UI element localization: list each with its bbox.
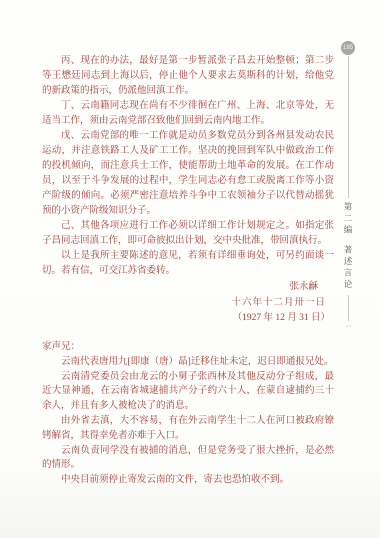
report-paragraph: 己、其他各项应进行工作必须以详细工作计划规定之。如指定张子昌同志回滇工作，即可命… (42, 219, 334, 249)
letter-paragraph: 云南代表唐用九[即康（唐）晶]迁移住址未定，迟日即通报兄处。 (42, 355, 334, 370)
report-paragraph: 丁、云南籍同志现在尚有不少徘徊在广州、上海、北京等处，无适当工作，须由云南党部召… (42, 99, 334, 129)
report-paragraph: 丙、现在的办法，最好是第一步暂派张子昌去开始整顿；第二步等王懋廷同志到上海以后，… (42, 54, 334, 99)
letter-paragraph: 云南清党委员会由龙云的小舅子张西林及其他反动分子组成，最近大显神通，在云南省城逮… (42, 370, 334, 414)
letter-body: 家声兄： 云南代表唐用九[即康（唐）晶]迁移住址未定，迟日即通报兄处。云南清党委… (42, 340, 334, 488)
letter-paragraph: 中央目前须停止寄发云南的文件，寄去也恐怕收不到。 (42, 473, 334, 488)
section-tab-part-label: 第二编 (342, 202, 354, 237)
report-paragraph: 戊、云南党部的唯一工作就是动员多数党员分到各州县发动农民运动，并注意铁路工人及矿… (42, 129, 334, 219)
book-page: 195 第二编 著述言论 ∶ 丙、现在的办法，最好是第一步暂派张子昌去开始整顿；… (0, 0, 380, 538)
tab-marker-dots: ∶ (344, 325, 352, 327)
report-body: 丙、现在的办法，最好是第一步暂派张子昌去开始整顿；第二步等王懋廷同志到上海以后，… (42, 54, 334, 279)
tab-rule-bottom (348, 295, 349, 321)
letter-paragraph: 由外省去滇，大不容易，有在外云南学生十二人在河口被政府镣铐解省，其得幸免者亦难于… (42, 414, 334, 444)
signature-date-western: （1927 年 12 月 31 日） (233, 311, 330, 327)
letter-paragraph: 云南负责同学没有被捕的消息，但是党务受了很大挫折，是必然的情形。 (42, 444, 334, 474)
section-tab-section-label: 著述言论 (342, 245, 354, 291)
tab-rule-top (348, 56, 349, 198)
margin-section-tab: 第二编 著述言论 ∶ (347, 56, 349, 326)
report-paragraph: 以上是我所主要陈述的意见，若须有详细垂询处，可另约面谈一切。若有信，可交江苏省委… (42, 249, 334, 279)
page-number-badge: 195 (341, 41, 355, 55)
letter-paragraphs: 云南代表唐用九[即康（唐）晶]迁移住址未定，迟日即通报兄处。云南清党委员会由龙云… (42, 355, 334, 488)
letter-salutation: 家声兄： (42, 340, 334, 355)
signature-block: 张永龢 十六年十二月卅一日 （1927 年 12 月 31 日） (42, 280, 334, 327)
signature-name: 张永龢 (289, 280, 318, 296)
signature-date-chinese: 十六年十二月卅一日 (231, 296, 326, 312)
